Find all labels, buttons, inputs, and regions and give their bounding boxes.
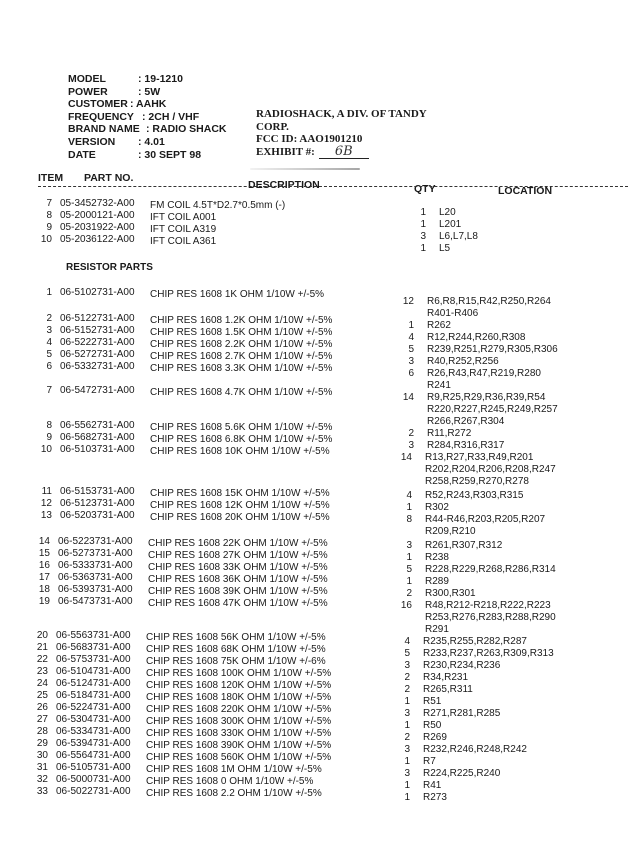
item-number: 3	[38, 325, 52, 336]
part-description: CHIP RES 1608 220K OHM 1/10W +/-5%	[146, 704, 331, 715]
quantity: 3	[396, 768, 410, 779]
location-ref-line: R6,R8,R15,R42,R250,R264	[427, 296, 551, 308]
part-number: 06-5224731-A00	[56, 702, 131, 713]
location-refs: R230,R234,R236	[423, 660, 500, 672]
item-number: 1	[38, 287, 52, 298]
part-description: CHIP RES 1608 5.6K OHM 1/10W +/-5%	[150, 422, 332, 433]
quantity: 3	[396, 744, 410, 755]
part-description: CHIP RES 1608 20K OHM 1/10W +/-5%	[150, 512, 330, 523]
location-refs: R34,R231	[423, 672, 468, 684]
location-refs: R50	[423, 720, 441, 732]
part-number: 06-5124731-A00	[56, 678, 131, 689]
location-refs: R224,R225,R240	[423, 768, 500, 780]
part-number: 06-5564731-A00	[56, 750, 131, 761]
header-field: CUSTOMER: AAHK	[68, 98, 227, 111]
part-number: 06-5682731-A00	[60, 432, 135, 443]
part-description: IFT COIL A319	[150, 224, 216, 235]
part-number: 06-5153731-A00	[60, 486, 135, 497]
location-refs: R300,R301	[425, 588, 476, 600]
location-refs: R11,R272	[427, 428, 471, 440]
header-field-value: : 2CH / VHF	[142, 111, 199, 124]
location-refs: R9,R25,R29,R36,R39,R54R220,R227,R245,R24…	[427, 392, 558, 428]
location-refs: R284,R316,R317	[427, 440, 504, 452]
item-number: 19	[36, 596, 50, 607]
location-ref-line: R202,R204,R206,R208,R247	[425, 464, 556, 476]
item-number: 16	[36, 560, 50, 571]
model-info-block: MODEL: 19-1210POWER: 5WCUSTOMER: AAHKFRE…	[68, 73, 227, 161]
quantity: 1	[396, 756, 410, 767]
item-number: 26	[34, 702, 48, 713]
part-description: CHIP RES 1608 33K OHM 1/10W +/-5%	[148, 562, 328, 573]
item-number: 7	[38, 385, 52, 396]
item-number: 13	[38, 510, 52, 521]
quantity: 1	[396, 720, 410, 731]
location-ref-line: R232,R246,R248,R242	[423, 744, 527, 756]
item-number: 5	[38, 349, 52, 360]
header-field-value: : 4.01	[138, 136, 165, 149]
quantity: 3	[400, 440, 414, 451]
quantity: 2	[400, 428, 414, 439]
location-ref-line: R273	[423, 792, 447, 804]
header-field-value: : AAHK	[130, 98, 166, 111]
quantity: 1	[398, 552, 412, 563]
location-refs: R265,R311	[423, 684, 473, 696]
part-number: 06-5104731-A00	[56, 666, 131, 677]
quantity: 4	[398, 490, 412, 501]
part-description: CHIP RES 1608 180K OHM 1/10W +/-5%	[146, 692, 331, 703]
quantity: 1	[412, 219, 426, 230]
header-field: BRAND NAME: RADIO SHACK	[68, 123, 227, 136]
location-ref-line: L20	[439, 207, 456, 219]
quantity: 4	[396, 636, 410, 647]
company-name-line2: CORP.	[256, 121, 427, 134]
part-number: 06-5102731-A00	[60, 287, 135, 298]
location-refs: R302	[425, 502, 449, 514]
header-field-label: VERSION	[68, 136, 138, 149]
part-description: CHIP RES 1608 4.7K OHM 1/10W +/-5%	[150, 387, 332, 398]
part-description: CHIP RES 1608 22K OHM 1/10W +/-5%	[148, 538, 328, 549]
quantity: 3	[400, 356, 414, 367]
header-dashed-rule	[38, 186, 628, 187]
item-number: 30	[34, 750, 48, 761]
location-ref-line: L6,L7,L8	[439, 231, 478, 243]
location-refs: R12,R244,R260,R308	[427, 332, 525, 344]
location-ref-line: R11,R272	[427, 428, 471, 440]
part-number: 06-5152731-A00	[60, 325, 135, 336]
part-number: 05-3452732-A00	[60, 198, 135, 209]
quantity: 14	[400, 392, 414, 403]
part-number: 06-5273731-A00	[58, 548, 133, 559]
location-refs: R235,R255,R282,R287	[423, 636, 527, 648]
location-refs: R40,R252,R256	[427, 356, 499, 368]
part-number: 06-5184731-A00	[56, 690, 131, 701]
item-number: 4	[38, 337, 52, 348]
part-description: CHIP RES 1608 1K OHM 1/10W +/-5%	[150, 289, 324, 300]
part-number: 05-2031922-A00	[60, 222, 135, 233]
part-description: CHIP RES 1608 36K OHM 1/10W +/-5%	[148, 574, 328, 585]
part-description: CHIP RES 1608 12K OHM 1/10W +/-5%	[150, 500, 330, 511]
part-description: IFT COIL A001	[150, 212, 216, 223]
quantity: 2	[396, 672, 410, 683]
location-ref-line: R262	[427, 320, 451, 332]
part-description: CHIP RES 1608 300K OHM 1/10W +/-5%	[146, 716, 331, 727]
part-description: CHIP RES 1608 56K OHM 1/10W +/-5%	[146, 632, 326, 643]
location-refs: R261,R307,R312	[425, 540, 502, 552]
location-ref-line: R291	[425, 624, 556, 636]
quantity: 16	[398, 600, 412, 611]
quantity: 2	[396, 684, 410, 695]
item-number: 10	[38, 234, 52, 245]
quantity: 12	[400, 296, 414, 307]
item-number: 28	[34, 726, 48, 737]
location-refs: L20	[439, 207, 456, 219]
location-ref-line: R284,R316,R317	[427, 440, 504, 452]
quantity: 1	[412, 207, 426, 218]
location-ref-line: L5	[439, 243, 450, 255]
header-field-value: : 5W	[138, 86, 160, 99]
fcc-info-block: RADIOSHACK, A DIV. OF TANDY CORP. FCC ID…	[256, 108, 427, 159]
location-ref-line: R269	[423, 732, 447, 744]
location-ref-line: R48,R212-R218,R222,R223	[425, 600, 556, 612]
part-description: CHIP RES 1608 560K OHM 1/10W +/-5%	[146, 752, 331, 763]
part-description: CHIP RES 1608 68K OHM 1/10W +/-5%	[146, 644, 326, 655]
location-refs: R262	[427, 320, 451, 332]
item-number: 2	[38, 313, 52, 324]
part-number: 06-5332731-A00	[60, 361, 135, 372]
location-refs: R233,R237,R263,R309,R313	[423, 648, 554, 660]
quantity: 5	[400, 344, 414, 355]
quantity: 14	[398, 452, 412, 463]
location-ref-line: R220,R227,R245,R249,R257	[427, 404, 558, 416]
location-refs: R271,R281,R285	[423, 708, 500, 720]
exhibit-label: EXHIBIT #:	[256, 146, 315, 159]
quantity: 2	[398, 588, 412, 599]
header-field-label: FREQUENCY	[68, 111, 142, 124]
part-number: 06-5203731-A00	[60, 510, 135, 521]
exhibit-line: EXHIBIT #: 6B	[256, 146, 427, 159]
location-ref-line: R253,R276,R283,R288,R290	[425, 612, 556, 624]
location-ref-line: R26,R43,R47,R219,R280	[427, 368, 541, 380]
item-number: 33	[34, 786, 48, 797]
part-number: 06-5022731-A00	[56, 786, 131, 797]
location-refs: R6,R8,R15,R42,R250,R264R401-R406	[427, 296, 551, 320]
part-description: CHIP RES 1608 330K OHM 1/10W +/-5%	[146, 728, 331, 739]
header-field: DATE: 30 SEPT 98	[68, 149, 227, 162]
location-refs: R289	[425, 576, 449, 588]
part-description: CHIP RES 1608 1.5K OHM 1/10W +/-5%	[150, 327, 332, 338]
quantity: 1	[400, 320, 414, 331]
part-number: 06-5563731-A00	[56, 630, 131, 641]
item-number: 12	[38, 498, 52, 509]
quantity: 4	[400, 332, 414, 343]
part-description: CHIP RES 1608 1.2K OHM 1/10W +/-5%	[150, 315, 332, 326]
location-refs: L201	[439, 219, 461, 231]
header-field-value: : 30 SEPT 98	[138, 149, 201, 162]
item-number: 31	[34, 762, 48, 773]
location-refs: R239,R251,R279,R305,R306	[427, 344, 558, 356]
location-refs: R26,R43,R47,R219,R280R241	[427, 368, 541, 392]
part-description: CHIP RES 1608 0 OHM 1/10W +/-5%	[146, 776, 313, 787]
part-number: 06-5304731-A00	[56, 714, 131, 725]
item-number: 6	[38, 361, 52, 372]
location-refs: R51	[423, 696, 441, 708]
quantity: 1	[398, 576, 412, 587]
location-refs: R269	[423, 732, 447, 744]
part-description: CHIP RES 1608 2.2 OHM 1/10W +/-5%	[146, 788, 322, 799]
part-number: 06-5222731-A00	[60, 337, 135, 348]
item-number: 25	[34, 690, 48, 701]
location-refs: R238	[425, 552, 449, 564]
location-refs: R48,R212-R218,R222,R223R253,R276,R283,R2…	[425, 600, 556, 636]
quantity: 6	[400, 368, 414, 379]
part-number: 06-5272731-A00	[60, 349, 135, 360]
part-description: CHIP RES 1608 2.2K OHM 1/10W +/-5%	[150, 339, 332, 350]
header-field: VERSION: 4.01	[68, 136, 227, 149]
header-field: FREQUENCY: 2CH / VHF	[68, 111, 227, 124]
part-description: CHIP RES 1608 2.7K OHM 1/10W +/-5%	[150, 351, 332, 362]
location-ref-line: R228,R229,R268,R286,R314	[425, 564, 556, 576]
location-ref-line: L201	[439, 219, 461, 231]
item-number: 10	[38, 444, 52, 455]
part-description: CHIP RES 1608 6.8K OHM 1/10W +/-5%	[150, 434, 332, 445]
part-number: 05-2036122-A00	[60, 234, 135, 245]
header-field-label: POWER	[68, 86, 138, 99]
location-ref-line: R209,R210	[425, 526, 545, 538]
part-number: 06-5223731-A00	[58, 536, 133, 547]
location-ref-line: R239,R251,R279,R305,R306	[427, 344, 558, 356]
location-refs: R13,R27,R33,R49,R201R202,R204,R206,R208,…	[425, 452, 556, 488]
location-ref-line: R51	[423, 696, 441, 708]
header-field-label: CUSTOMER	[68, 98, 130, 111]
location-refs: R228,R229,R268,R286,R314	[425, 564, 556, 576]
item-number: 23	[34, 666, 48, 677]
part-number: 06-5122731-A00	[60, 313, 135, 324]
item-number: 32	[34, 774, 48, 785]
location-refs: R273	[423, 792, 447, 804]
header-field-value: : RADIO SHACK	[146, 123, 227, 136]
location-ref-line: R230,R234,R236	[423, 660, 500, 672]
item-number: 7	[38, 198, 52, 209]
part-description: CHIP RES 1608 120K OHM 1/10W +/-5%	[146, 680, 331, 691]
location-refs: R44-R46,R203,R205,R207R209,R210	[425, 514, 545, 538]
location-ref-line: R224,R225,R240	[423, 768, 500, 780]
quantity: 1	[398, 502, 412, 513]
exhibit-handwritten-value: 6B	[319, 146, 369, 159]
location-refs: R52,R243,R303,R315	[425, 490, 523, 502]
part-number: 06-5472731-A00	[60, 385, 135, 396]
quantity: 1	[396, 696, 410, 707]
item-number: 14	[36, 536, 50, 547]
part-description: IFT COIL A361	[150, 236, 216, 247]
part-number: 06-5394731-A00	[56, 738, 131, 749]
location-ref-line: R233,R237,R263,R309,R313	[423, 648, 554, 660]
location-refs: R232,R246,R248,R242	[423, 744, 527, 756]
part-number: 06-5683731-A00	[56, 642, 131, 653]
part-number: 06-5473731-A00	[58, 596, 133, 607]
col-part-no: PART NO.	[84, 172, 133, 184]
location-ref-line: R235,R255,R282,R287	[423, 636, 527, 648]
location-ref-line: R265,R311	[423, 684, 473, 696]
part-number: 06-5393731-A00	[58, 584, 133, 595]
item-number: 22	[34, 654, 48, 665]
item-number: 24	[34, 678, 48, 689]
item-number: 15	[36, 548, 50, 559]
location-ref-line: R52,R243,R303,R315	[425, 490, 523, 502]
part-number: 06-5105731-A00	[56, 762, 131, 773]
location-ref-line: R50	[423, 720, 441, 732]
location-ref-line: R300,R301	[425, 588, 476, 600]
part-description: CHIP RES 1608 39K OHM 1/10W +/-5%	[148, 586, 328, 597]
location-refs: L6,L7,L8	[439, 231, 478, 243]
header-field-value: : 19-1210	[138, 73, 183, 86]
location-ref-line: R266,R267,R304	[427, 416, 558, 428]
location-ref-line: R9,R25,R29,R36,R39,R54	[427, 392, 558, 404]
quantity: 3	[396, 708, 410, 719]
quantity: 5	[396, 648, 410, 659]
part-description: CHIP RES 1608 75K OHM 1/10W +/-6%	[146, 656, 326, 667]
item-number: 9	[38, 432, 52, 443]
location-ref-line: R289	[425, 576, 449, 588]
quantity: 1	[396, 792, 410, 803]
col-qty: QTY	[414, 183, 436, 195]
part-description: CHIP RES 1608 100K OHM 1/10W +/-5%	[146, 668, 331, 679]
part-description: CHIP RES 1608 1M OHM 1/10W +/-5%	[146, 764, 322, 775]
quantity: 5	[398, 564, 412, 575]
location-ref-line: R271,R281,R285	[423, 708, 500, 720]
location-ref-line: R40,R252,R256	[427, 356, 499, 368]
part-number: 06-5363731-A00	[58, 572, 133, 583]
part-number: 06-5753731-A00	[56, 654, 131, 665]
part-number: 06-5333731-A00	[58, 560, 133, 571]
part-number: 06-5123731-A00	[60, 498, 135, 509]
location-ref-line: R7	[423, 756, 436, 768]
quantity: 8	[398, 514, 412, 525]
part-description: FM COIL 4.5T*D2.7*0.5mm (-)	[150, 200, 285, 211]
part-number: 06-5000731-A00	[56, 774, 131, 785]
item-number: 29	[34, 738, 48, 749]
location-ref-line: R12,R244,R260,R308	[427, 332, 525, 344]
quantity: 3	[398, 540, 412, 551]
company-name-line1: RADIOSHACK, A DIV. OF TANDY	[256, 108, 427, 121]
part-number: 05-2000121-A00	[60, 210, 135, 221]
quantity: 3	[412, 231, 426, 242]
item-number: 9	[38, 222, 52, 233]
quantity: 3	[396, 660, 410, 671]
header-field: POWER: 5W	[68, 86, 227, 99]
header-field-label: DATE	[68, 149, 138, 162]
item-number: 8	[38, 210, 52, 221]
header-field: MODEL: 19-1210	[68, 73, 227, 86]
part-description: CHIP RES 1608 27K OHM 1/10W +/-5%	[148, 550, 328, 561]
part-description: CHIP RES 1608 47K OHM 1/10W +/-5%	[148, 598, 328, 609]
item-number: 18	[36, 584, 50, 595]
location-ref-line: R41	[423, 780, 441, 792]
part-description: CHIP RES 1608 390K OHM 1/10W +/-5%	[146, 740, 331, 751]
location-ref-line: R13,R27,R33,R49,R201	[425, 452, 556, 464]
header-field-label: MODEL	[68, 73, 138, 86]
part-description: CHIP RES 1608 10K OHM 1/10W +/-5%	[150, 446, 330, 457]
part-number: 06-5103731-A00	[60, 444, 135, 455]
col-description: DESCRIPTION	[248, 179, 320, 191]
location-refs: R41	[423, 780, 441, 792]
location-ref-line: R238	[425, 552, 449, 564]
header-field-label: BRAND NAME	[68, 123, 146, 136]
location-ref-line: R401-R406	[427, 308, 551, 320]
quantity: 2	[396, 732, 410, 743]
item-number: 17	[36, 572, 50, 583]
location-ref-line: R34,R231	[423, 672, 468, 684]
location-ref-line: R258,R259,R270,R278	[425, 476, 556, 488]
item-number: 8	[38, 420, 52, 431]
location-refs: R7	[423, 756, 436, 768]
item-number: 21	[34, 642, 48, 653]
location-ref-line: R261,R307,R312	[425, 540, 502, 552]
column-header: ITEM PART NO. DESCRIPTION QTY LOCATION	[38, 172, 628, 194]
part-description: CHIP RES 1608 3.3K OHM 1/10W +/-5%	[150, 363, 332, 374]
location-refs: L5	[439, 243, 450, 255]
col-item: ITEM	[38, 172, 63, 184]
scan-smear	[250, 168, 360, 170]
item-number: 27	[34, 714, 48, 725]
item-number: 20	[34, 630, 48, 641]
location-ref-line: R44-R46,R203,R205,R207	[425, 514, 545, 526]
item-number: 11	[38, 486, 52, 497]
part-number: 06-5334731-A00	[56, 726, 131, 737]
quantity: 1	[396, 780, 410, 791]
location-ref-line: R302	[425, 502, 449, 514]
quantity: 1	[412, 243, 426, 254]
part-description: CHIP RES 1608 15K OHM 1/10W +/-5%	[150, 488, 330, 499]
part-number: 06-5562731-A00	[60, 420, 135, 431]
location-ref-line: R241	[427, 380, 541, 392]
resistor-section-title: RESISTOR PARTS	[66, 262, 153, 273]
